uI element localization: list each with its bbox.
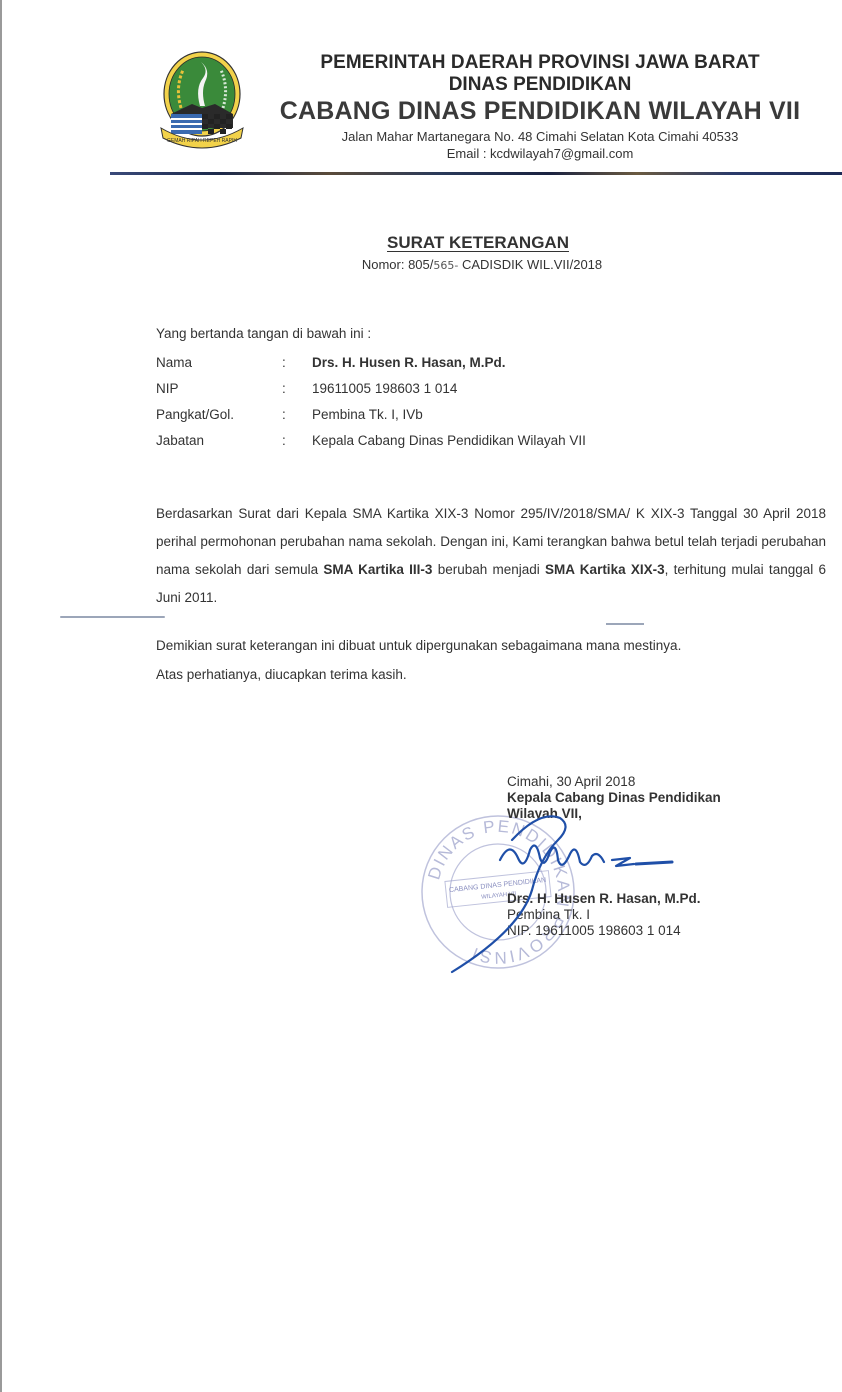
- intro-text: Yang bertanda tangan di bawah ini :: [156, 326, 371, 341]
- handwritten-number: 565-: [433, 259, 458, 272]
- signatory-identity-table: Nama : Drs. H. Husen R. Hasan, M.Pd. NIP…: [156, 355, 586, 459]
- scan-mark: [606, 623, 644, 625]
- new-school-name: SMA Kartika XIX-3: [545, 562, 665, 577]
- identity-row-position: Jabatan : Kepala Cabang Dinas Pendidikan…: [156, 433, 586, 459]
- handwritten-signature-icon: [440, 800, 700, 980]
- identity-row-nip: NIP : 19611005 198603 1 014: [156, 381, 586, 407]
- document-title: SURAT KETERANGAN: [0, 233, 842, 253]
- body-paragraph: Berdasarkan Surat dari Kepala SMA Kartik…: [156, 500, 826, 612]
- letterhead: PEMERINTAH DAERAH PROVINSI JAWA BARAT DI…: [270, 52, 810, 162]
- identity-row-rank: Pangkat/Gol. : Pembina Tk. I, IVb: [156, 407, 586, 433]
- branch-office-name: CABANG DINAS PENDIDIKAN WILAYAH VII: [270, 96, 810, 126]
- identity-row-name: Nama : Drs. H. Husen R. Hasan, M.Pd.: [156, 355, 586, 381]
- office-address: Jalan Mahar Martanegara No. 48 Cimahi Se…: [270, 128, 810, 145]
- old-school-name: SMA Kartika III-3: [323, 562, 432, 577]
- department-name: DINAS PENDIDIKAN: [270, 74, 810, 96]
- document-number: Nomor: 805/565- CADISDIK WIL.VII/2018: [0, 257, 842, 272]
- closing-text: Demikian surat keterangan ini dibuat unt…: [156, 631, 681, 689]
- scan-edge: [0, 0, 2, 1392]
- scan-mark: [60, 616, 165, 618]
- svg-text:GEMAH RIPAH REPEH RAPIH: GEMAH RIPAH REPEH RAPIH: [167, 138, 237, 144]
- place-date: Cimahi, 30 April 2018: [507, 774, 721, 790]
- government-name: PEMERINTAH DAERAH PROVINSI JAWA BARAT: [270, 52, 810, 74]
- coat-of-arms-icon: GEMAH RIPAH REPEH RAPIH: [157, 48, 247, 152]
- letterhead-divider: [110, 172, 842, 175]
- office-email: Email : kcdwilayah7@gmail.com: [270, 145, 810, 162]
